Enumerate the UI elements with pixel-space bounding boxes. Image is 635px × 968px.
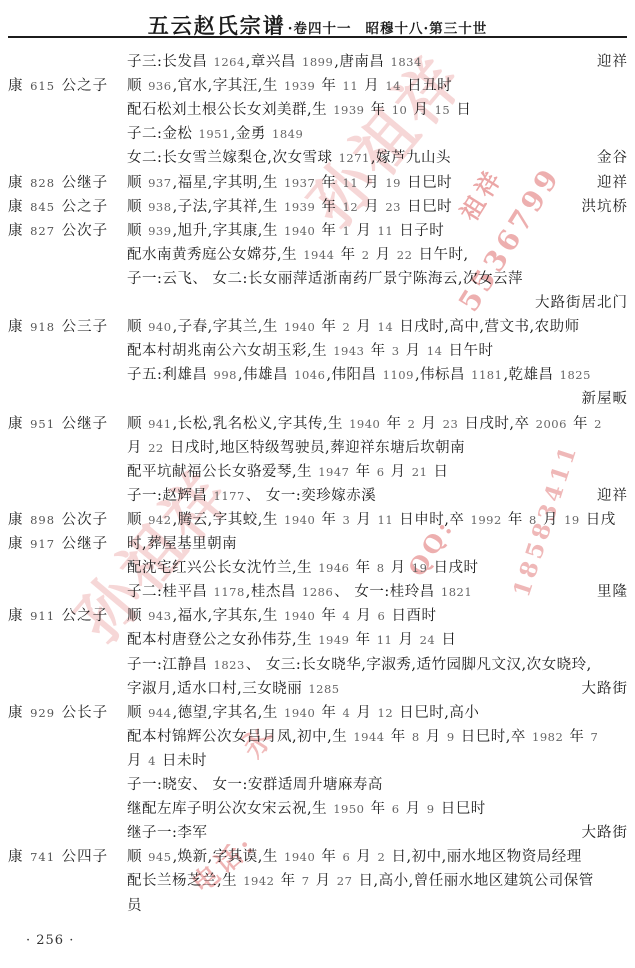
entry-label: 康 827 公次子 <box>8 222 108 240</box>
entry-line: 子二:金松 1951,金勇 1849 <box>0 125 635 145</box>
entry-place: 金谷 <box>597 149 628 167</box>
entry-text: 子一:晓安、 女一:安群适周升塘麻寿高 <box>127 776 383 794</box>
entry-label: 康 918 公三子 <box>8 318 108 336</box>
entry-text: 顺 943,福水,字其东,生 1940 年 4 月 6 日酉时 <box>127 607 436 625</box>
entry-line: 配平坑献福公长女骆爱琴,生 1947 年 6 月 21 日 <box>0 463 635 483</box>
entry-place: 迎祥 <box>597 487 628 505</box>
entry-line: 康 615 公之子顺 936,官水,字其汪,生 1939 年 11 月 14 日… <box>0 77 635 97</box>
entry-line: 配沈宅红兴公长女沈竹兰,生 1946 年 8 月 19 日戌时 <box>0 559 635 579</box>
entry-place: 里隆 <box>597 583 628 601</box>
entry-line: 康 929 公长子顺 944,德望,字其名,生 1940 年 4 月 12 日巳… <box>0 704 635 724</box>
entry-line: 月 4 日未时 <box>0 752 635 772</box>
entry-text: 顺 936,官水,字其汪,生 1939 年 11 月 14 日丑时 <box>127 77 452 95</box>
entry-line: 子一:晓安、 女一:安群适周升塘麻寿高 <box>0 776 635 796</box>
entry-text: 子一:赵辉昌 1177、 女一:奕珍嫁赤溪 <box>127 487 376 505</box>
entry-lines: 子三:长发昌 1264,章兴昌 1899,唐南昌 1834迎祥康 615 公之子… <box>0 0 635 968</box>
entry-text: 子三:长发昌 1264,章兴昌 1899,唐南昌 1834 <box>127 53 423 71</box>
entry-line: 配本村锦辉公次女吕月凤,初中,生 1944 年 8 月 9 日巳时,卒 1982… <box>0 728 635 748</box>
entry-text: 顺 942,腾云,字其蛟,生 1940 年 3 月 11 日申时,卒 1992 … <box>127 511 616 529</box>
entry-line: 继子一:李军大路街 <box>0 824 635 844</box>
entry-line: 子二:桂平昌 1178,桂杰昌 1286、 女一:桂玲昌 1821里隆 <box>0 583 635 603</box>
entry-line: 康 898 公次子顺 942,腾云,字其蛟,生 1940 年 3 月 11 日申… <box>0 511 635 531</box>
entry-line: 配本村胡兆南公六女胡玉彩,生 1943 年 3 月 14 日午时 <box>0 342 635 362</box>
entry-place: 迎祥 <box>597 53 628 71</box>
entry-line: 子三:长发昌 1264,章兴昌 1899,唐南昌 1834迎祥 <box>0 53 635 73</box>
entry-text: 子一:江静昌 1823、 女三:长女晓华,字淑秀,适竹园脚凡文汉,次女晓玲, <box>127 656 592 674</box>
entry-line: 康 951 公继子顺 941,长松,乳名松义,字其传,生 1940 年 2 月 … <box>0 415 635 435</box>
genealogy-page: 孙祖祥祖祥5536799QQ:孙祖祥18583411永电话: 五云赵氏宗谱·卷四… <box>0 0 635 968</box>
entry-text: 配长兰杨芝兰,生 1942 年 7 月 27 日,高小,曾任丽水地区建筑公司保管 <box>127 872 594 890</box>
entry-line: 配石松刘土根公长女刘美群,生 1939 年 10 月 15 日 <box>0 101 635 121</box>
entry-text: 配本村唐登公之女孙伟芬,生 1949 年 11 月 24 日 <box>127 631 456 649</box>
entry-line: 配本村唐登公之女孙伟芬,生 1949 年 11 月 24 日 <box>0 631 635 651</box>
entry-text: 配石松刘土根公长女刘美群,生 1939 年 10 月 15 日 <box>127 101 471 119</box>
entry-line: 康 741 公四子顺 945,焕新,字其谟,生 1940 年 6 月 2 日,初… <box>0 848 635 868</box>
entry-text: 顺 945,焕新,字其谟,生 1940 年 6 月 2 日,初中,丽水地区物资局… <box>127 848 582 866</box>
entry-line: 子一:江静昌 1823、 女三:长女晓华,字淑秀,适竹园脚凡文汉,次女晓玲, <box>0 656 635 676</box>
entry-line: 继配左库子明公次女宋云祝,生 1950 年 6 月 9 日巳时 <box>0 800 635 820</box>
entry-label: 康 951 公继子 <box>8 415 108 433</box>
entry-line: 子五:利雄昌 998,伟雄昌 1046,伟阳昌 1109,伟标昌 1181,乾雄… <box>0 366 635 386</box>
entry-line: 子一:云飞、 女二:长女丽萍适浙南药厂景宁陈海云,次女云萍 <box>0 270 635 290</box>
entry-line: 康 827 公次子顺 939,旭升,字其康,生 1940 年 1 月 11 日子… <box>0 222 635 242</box>
entry-text: 员 <box>127 897 142 915</box>
entry-text: 月 22 日戌时,地区特级驾驶员,葬迎祥东塘后坎朝南 <box>127 439 465 457</box>
entry-text: 继配左库子明公次女宋云祝,生 1950 年 6 月 9 日巳时 <box>127 800 486 818</box>
entry-line: 配水南黄秀庭公女嫦芬,生 1944 年 2 月 22 日午时, <box>0 246 635 266</box>
entry-label: 康 741 公四子 <box>8 848 108 866</box>
entry-place: 新屋畈 <box>582 390 629 408</box>
entry-text: 配沈宅红兴公长女沈竹兰,生 1946 年 8 月 19 日戌时 <box>127 559 479 577</box>
entry-line: 康 918 公三子顺 940,子春,字其兰,生 1940 年 2 月 14 日戌… <box>0 318 635 338</box>
entry-text: 子一:云飞、 女二:长女丽萍适浙南药厂景宁陈海云,次女云萍 <box>127 270 523 288</box>
entry-text: 顺 944,德望,字其名,生 1940 年 4 月 12 日巳时,高小 <box>127 704 479 722</box>
entry-label: 康 917 公继子 <box>8 535 108 553</box>
entry-label: 康 929 公长子 <box>8 704 108 722</box>
entry-line: 员 <box>0 897 635 917</box>
entry-text: 女二:长女雪兰嫁梨仓,次女雪球 1271,嫁芦九山头 <box>127 149 451 167</box>
entry-line: 大路街居北门 <box>0 294 635 314</box>
entry-text: 顺 937,福星,字其明,生 1937 年 11 月 19 日巳时 <box>127 174 452 192</box>
entry-text: 时,葬屋基里朝南 <box>127 535 237 553</box>
entry-place: 大路街 <box>582 824 629 842</box>
entry-line: 康 828 公继子顺 937,福星,字其明,生 1937 年 11 月 19 日… <box>0 174 635 194</box>
entry-line: 康 917 公继子时,葬屋基里朝南 <box>0 535 635 555</box>
entry-text: 顺 940,子春,字其兰,生 1940 年 2 月 14 日戌时,高中,营文书,… <box>127 318 580 336</box>
entry-label: 康 845 公之子 <box>8 198 108 216</box>
entry-text: 顺 939,旭升,字其康,生 1940 年 1 月 11 日子时 <box>127 222 444 240</box>
entry-line: 新屋畈 <box>0 390 635 410</box>
entry-text: 月 4 日未时 <box>127 752 207 770</box>
entry-line: 子一:赵辉昌 1177、 女一:奕珍嫁赤溪迎祥 <box>0 487 635 507</box>
entry-text: 继子一:李军 <box>127 824 207 842</box>
entry-label: 康 615 公之子 <box>8 77 108 95</box>
entry-text: 顺 938,子法,字其祥,生 1939 年 12 月 23 日巳时 <box>127 198 452 216</box>
entry-text: 配本村锦辉公次女吕月凤,初中,生 1944 年 8 月 9 日巳时,卒 1982… <box>127 728 599 746</box>
entry-text: 顺 941,长松,乳名松义,字其传,生 1940 年 2 月 23 日戌时,卒 … <box>127 415 603 433</box>
entry-text: 子二:金松 1951,金勇 1849 <box>127 125 304 143</box>
entry-label: 康 828 公继子 <box>8 174 108 192</box>
entry-line: 配长兰杨芝兰,生 1942 年 7 月 27 日,高小,曾任丽水地区建筑公司保管 <box>0 872 635 892</box>
entry-line: 月 22 日戌时,地区特级驾驶员,葬迎祥东塘后坎朝南 <box>0 439 635 459</box>
entry-place: 迎祥 <box>597 174 628 192</box>
entry-text: 配平坑献福公长女骆爱琴,生 1947 年 6 月 21 日 <box>127 463 449 481</box>
entry-place: 大路街居北门 <box>535 294 628 312</box>
entry-label: 康 911 公之子 <box>8 607 108 625</box>
entry-text: 子二:桂平昌 1178,桂杰昌 1286、 女一:桂玲昌 1821 <box>127 583 473 601</box>
entry-place: 大路街 <box>582 680 629 698</box>
entry-line: 康 911 公之子顺 943,福水,字其东,生 1940 年 4 月 6 日酉时 <box>0 607 635 627</box>
entry-text: 子五:利雄昌 998,伟雄昌 1046,伟阳昌 1109,伟标昌 1181,乾雄… <box>127 366 592 384</box>
entry-text: 配水南黄秀庭公女嫦芬,生 1944 年 2 月 22 日午时, <box>127 246 469 264</box>
entry-line: 字淑月,适水口村,三女晓丽 1285大路街 <box>0 680 635 700</box>
entry-text: 字淑月,适水口村,三女晓丽 1285 <box>127 680 341 698</box>
entry-line: 女二:长女雪兰嫁梨仓,次女雪球 1271,嫁芦九山头金谷 <box>0 149 635 169</box>
page-number: · 256 · <box>26 933 74 948</box>
entry-line: 康 845 公之子顺 938,子法,字其祥,生 1939 年 12 月 23 日… <box>0 198 635 218</box>
entry-place: 洪坑桥 <box>582 198 629 216</box>
entry-label: 康 898 公次子 <box>8 511 108 529</box>
entry-text: 配本村胡兆南公六女胡玉彩,生 1943 年 3 月 14 日午时 <box>127 342 494 360</box>
